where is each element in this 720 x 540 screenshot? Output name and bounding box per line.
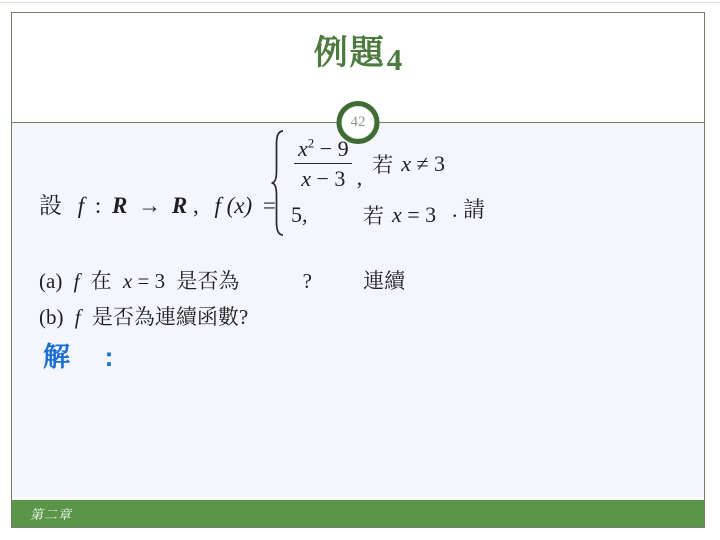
cjk-let: 設 <box>39 193 62 218</box>
case2-condition: x = 3 <box>392 202 436 228</box>
question-a-continuous: 連續 <box>363 269 405 293</box>
case2-value: 5, <box>291 202 343 228</box>
math-f-a: f <box>74 269 80 293</box>
question-b-text: 是否為連續函數? <box>92 305 248 329</box>
question-a-text: 是否為 <box>176 269 239 293</box>
slide-header: 例題 4 42 <box>12 13 704 123</box>
math-fx: f (x) <box>214 193 252 218</box>
question-b-label: (b) <box>39 305 64 329</box>
piecewise-case-2: 5, 若 x = 3 <box>291 200 445 230</box>
solution-label: 解 <box>43 342 70 372</box>
piecewise-case-1: x2 − 9 x − 3 , 若 x ≠ 3 <box>291 136 445 192</box>
title-number: 4 <box>387 44 403 75</box>
case1-comma: , <box>357 165 363 191</box>
title-text: 例題 <box>314 35 386 72</box>
question-mark: ? <box>303 269 312 293</box>
math-f-b: f <box>75 305 81 329</box>
arrow-icon: → <box>138 193 161 218</box>
cjk-if-2: 若 <box>363 200 384 230</box>
piecewise-cases: x2 − 9 x − 3 , 若 x ≠ 3 5, 若 x = 3 <box>291 136 445 231</box>
question-a: (a) f 在 x = 3 是否為 ? 連續 <box>39 265 405 295</box>
sentence-tail: . 請 <box>452 193 485 224</box>
math-colon: : <box>95 193 101 218</box>
fraction: x2 − 9 x − 3 <box>291 136 356 192</box>
footer-bar: 第二章 <box>12 500 704 527</box>
slide-number-badge: 42 <box>337 101 380 144</box>
solution-colon: : <box>105 342 114 372</box>
piecewise-definition: x2 − 9 x − 3 , 若 x ≠ 3 5, 若 x = 3 <box>270 129 445 237</box>
question-b: (b) f 是否為連續函數? <box>39 301 248 331</box>
fraction-denominator: x − 3 <box>294 163 352 191</box>
question-a-expr: x = 3 <box>123 269 165 293</box>
page-title: 例題 4 <box>314 35 403 72</box>
slide-number: 42 <box>351 115 366 130</box>
cjk-if-1: 若 <box>372 149 393 179</box>
math-comma: , <box>193 193 199 218</box>
math-f: f <box>78 193 84 218</box>
math-reals-codomain: R <box>172 193 187 218</box>
case1-condition: x ≠ 3 <box>401 151 445 177</box>
function-definition-line: 設 f : R → R , f (x) = <box>39 187 281 220</box>
screen-top-hairline <box>0 2 720 3</box>
math-reals-domain: R <box>112 193 127 218</box>
slide-body: 設 f : R → R , f (x) = x2 − 9 x − 3 , <box>12 123 704 497</box>
cjk-at: 在 <box>91 269 112 293</box>
solution-prompt: 解 : <box>43 335 114 374</box>
slide: 例題 4 42 設 f : R → R , f (x) = x2 <box>11 12 705 528</box>
question-a-label: (a) <box>39 269 62 293</box>
brace-left-icon <box>270 129 285 237</box>
chapter-label: 第二章 <box>30 504 72 523</box>
